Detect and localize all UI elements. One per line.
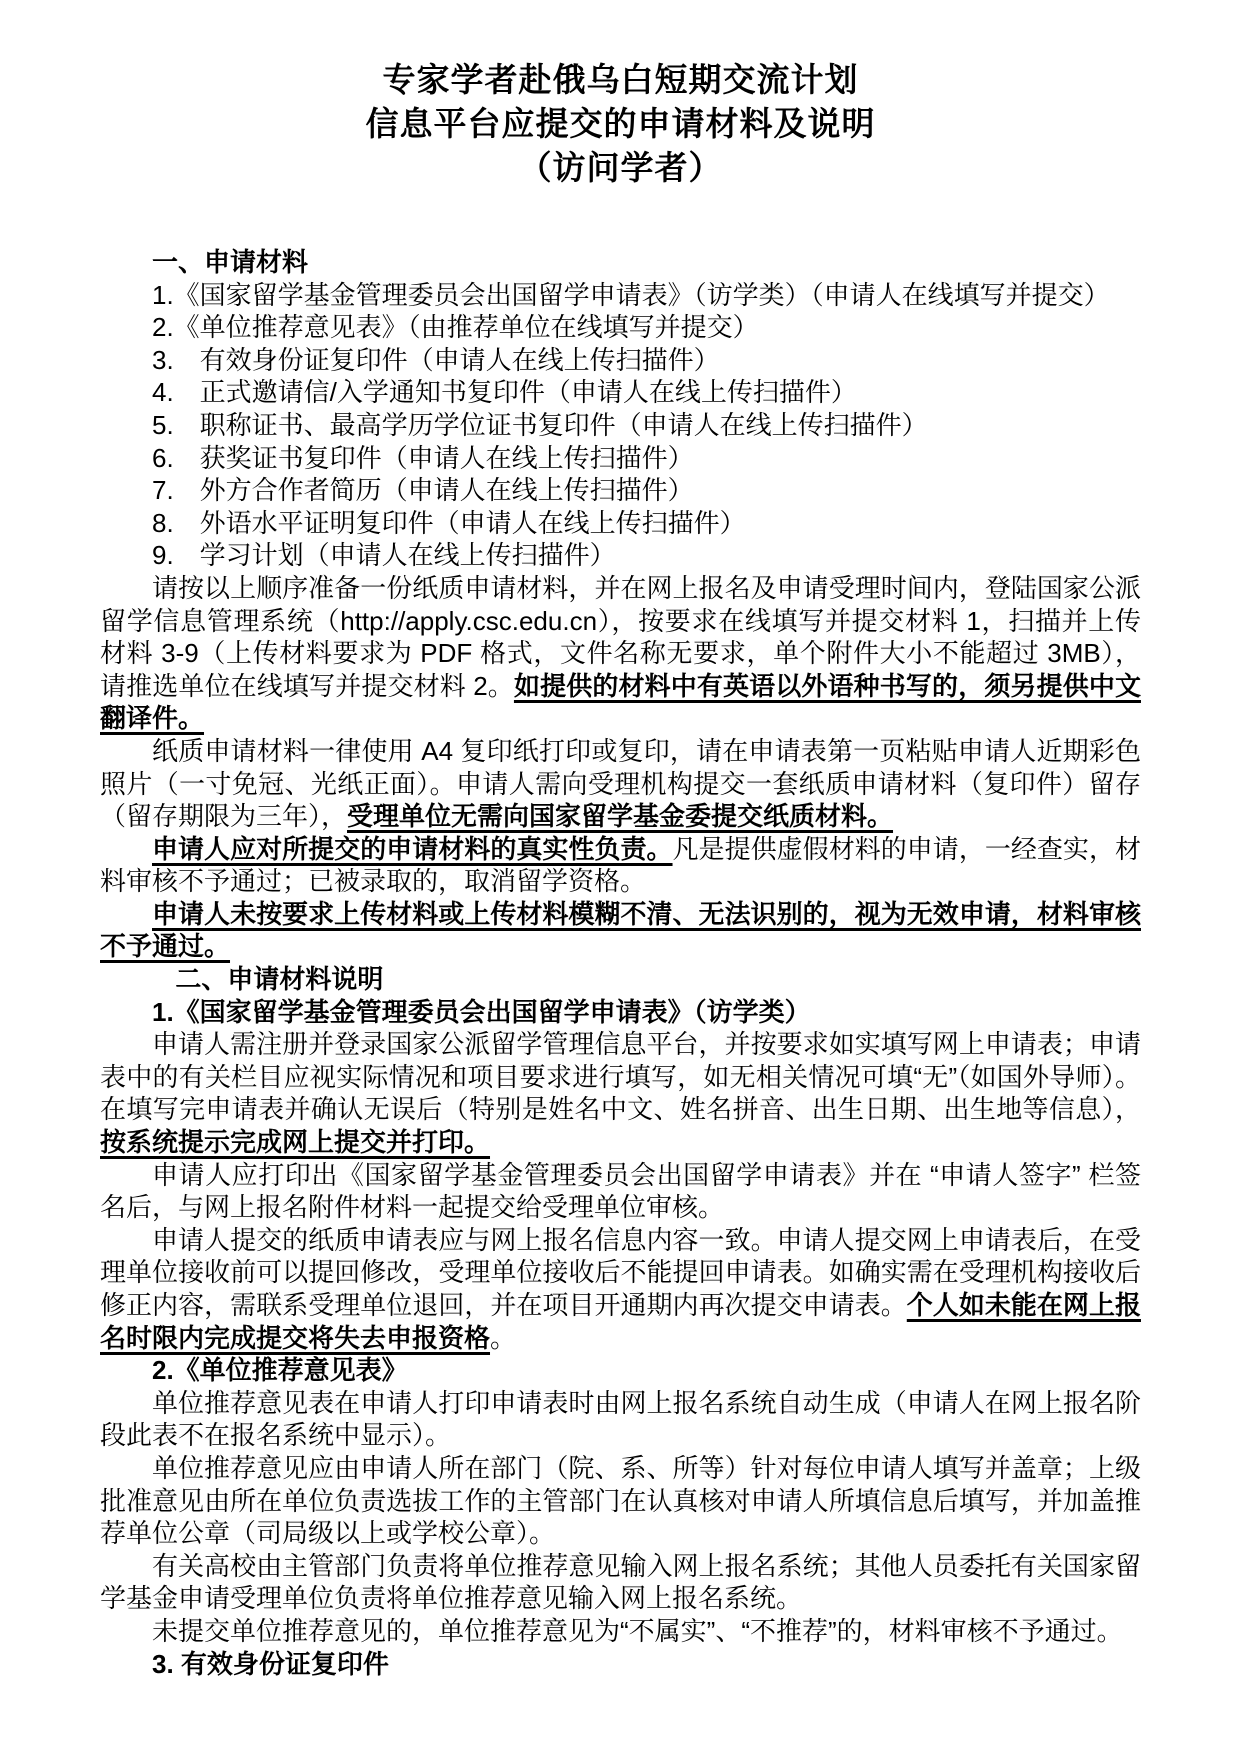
body-text: 申请人应打印出《国家留学基金管理委员会出国留学申请表》并在 “申请人签字” 栏签… [100, 1160, 1141, 1223]
paragraph: 请按以上顺序准备一份纸质申请材料，并在网上报名及申请受理时间内，登陆国家公派留学… [100, 572, 1141, 735]
paragraph: 单位推荐意见表在申请人打印申请表时由网上报名系统自动生成（申请人在网上报名阶段此… [100, 1387, 1141, 1452]
list-item: 6. 获奖证书复印件（申请人在线上传扫描件） [100, 442, 1141, 475]
emphasized-text: 申请人未按要求上传材料或上传材料模糊不清、无法识别的，视为无效申请，材料审核不予… [100, 899, 1141, 962]
list-item: 1.《国家留学基金管理委员会出国留学申请表》（访学类）（申请人在线填写并提交） [100, 279, 1141, 312]
list-item: 9. 学习计划（申请人在线上传扫描件） [100, 539, 1141, 572]
body-text: 有关高校由主管部门负责将单位推荐意见输入网上报名系统；其他人员委托有关国家留学基… [100, 1551, 1141, 1614]
section-heading: 二、申请材料说明 [100, 963, 1141, 996]
paragraph: 单位推荐意见应由申请人所在部门（院、系、所等）针对每位申请人填写并盖章；上级批准… [100, 1452, 1141, 1550]
paragraph: 未提交单位推荐意见的，单位推荐意见为“不属实”、“不推荐”的，材料审核不予通过。 [100, 1615, 1141, 1648]
emphasized-text: 申请人应对所提交的申请材料的真实性负责。 [152, 834, 673, 864]
list-item: 8. 外语水平证明复印件（申请人在线上传扫描件） [100, 507, 1141, 540]
list-item: 2.《单位推荐意见表》（由推荐单位在线填写并提交） [100, 311, 1141, 344]
body-text: 申请人需注册并登录国家公派留学管理信息平台，并按要求如实填写网上申请表；申请表中… [100, 1029, 1141, 1124]
sub-heading: 1.《国家留学基金管理委员会出国留学申请表》（访学类） [100, 996, 1141, 1029]
sub-heading: 3. 有效身份证复印件 [100, 1648, 1141, 1681]
list-item: 7. 外方合作者简历（申请人在线上传扫描件） [100, 474, 1141, 507]
document-body: 一、申请材料1.《国家留学基金管理委员会出国留学申请表》（访学类）（申请人在线填… [100, 246, 1141, 1680]
title-line-3: （访问学者） [100, 146, 1141, 190]
paragraph: 申请人需注册并登录国家公派留学管理信息平台，并按要求如实填写网上申请表；申请表中… [100, 1028, 1141, 1158]
paragraph: 申请人未按要求上传材料或上传材料模糊不清、无法识别的，视为无效申请，材料审核不予… [100, 898, 1141, 963]
emphasized-text: 按系统提示完成网上提交并打印。 [100, 1127, 490, 1157]
sub-heading: 2.《单位推荐意见表》 [100, 1354, 1141, 1387]
list-item: 5. 职称证书、最高学历学位证书复印件（申请人在线上传扫描件） [100, 409, 1141, 442]
paragraph: 申请人应对所提交的申请材料的真实性负责。凡是提供虚假材料的申请，一经查实，材料审… [100, 833, 1141, 898]
document-page: 专家学者赴俄乌白短期交流计划 信息平台应提交的申请材料及说明 （访问学者） 一、… [0, 0, 1241, 1754]
list-item: 4. 正式邀请信/入学通知书复印件（申请人在线上传扫描件） [100, 376, 1141, 409]
document-title: 专家学者赴俄乌白短期交流计划 信息平台应提交的申请材料及说明 （访问学者） [100, 58, 1141, 190]
body-text: 单位推荐意见应由申请人所在部门（院、系、所等）针对每位申请人填写并盖章；上级批准… [100, 1453, 1141, 1548]
list-item: 3. 有效身份证复印件（申请人在线上传扫描件） [100, 344, 1141, 377]
section-heading: 一、申请材料 [100, 246, 1141, 279]
emphasized-text: 受理单位无需向国家留学基金委提交纸质材料。 [347, 801, 893, 831]
body-text: 。 [490, 1323, 516, 1353]
body-text: 未提交单位推荐意见的，单位推荐意见为“不属实”、“不推荐”的，材料审核不予通过。 [152, 1616, 1123, 1646]
paragraph: 申请人提交的纸质申请表应与网上报名信息内容一致。申请人提交网上申请表后，在受理单… [100, 1224, 1141, 1354]
paragraph: 有关高校由主管部门负责将单位推荐意见输入网上报名系统；其他人员委托有关国家留学基… [100, 1550, 1141, 1615]
body-text: 单位推荐意见表在申请人打印申请表时由网上报名系统自动生成（申请人在网上报名阶段此… [100, 1388, 1141, 1451]
paragraph: 申请人应打印出《国家留学基金管理委员会出国留学申请表》并在 “申请人签字” 栏签… [100, 1159, 1141, 1224]
paragraph: 纸质申请材料一律使用 A4 复印纸打印或复印，请在申请表第一页粘贴申请人近期彩色… [100, 735, 1141, 833]
title-line-2: 信息平台应提交的申请材料及说明 [100, 102, 1141, 146]
title-line-1: 专家学者赴俄乌白短期交流计划 [100, 58, 1141, 102]
